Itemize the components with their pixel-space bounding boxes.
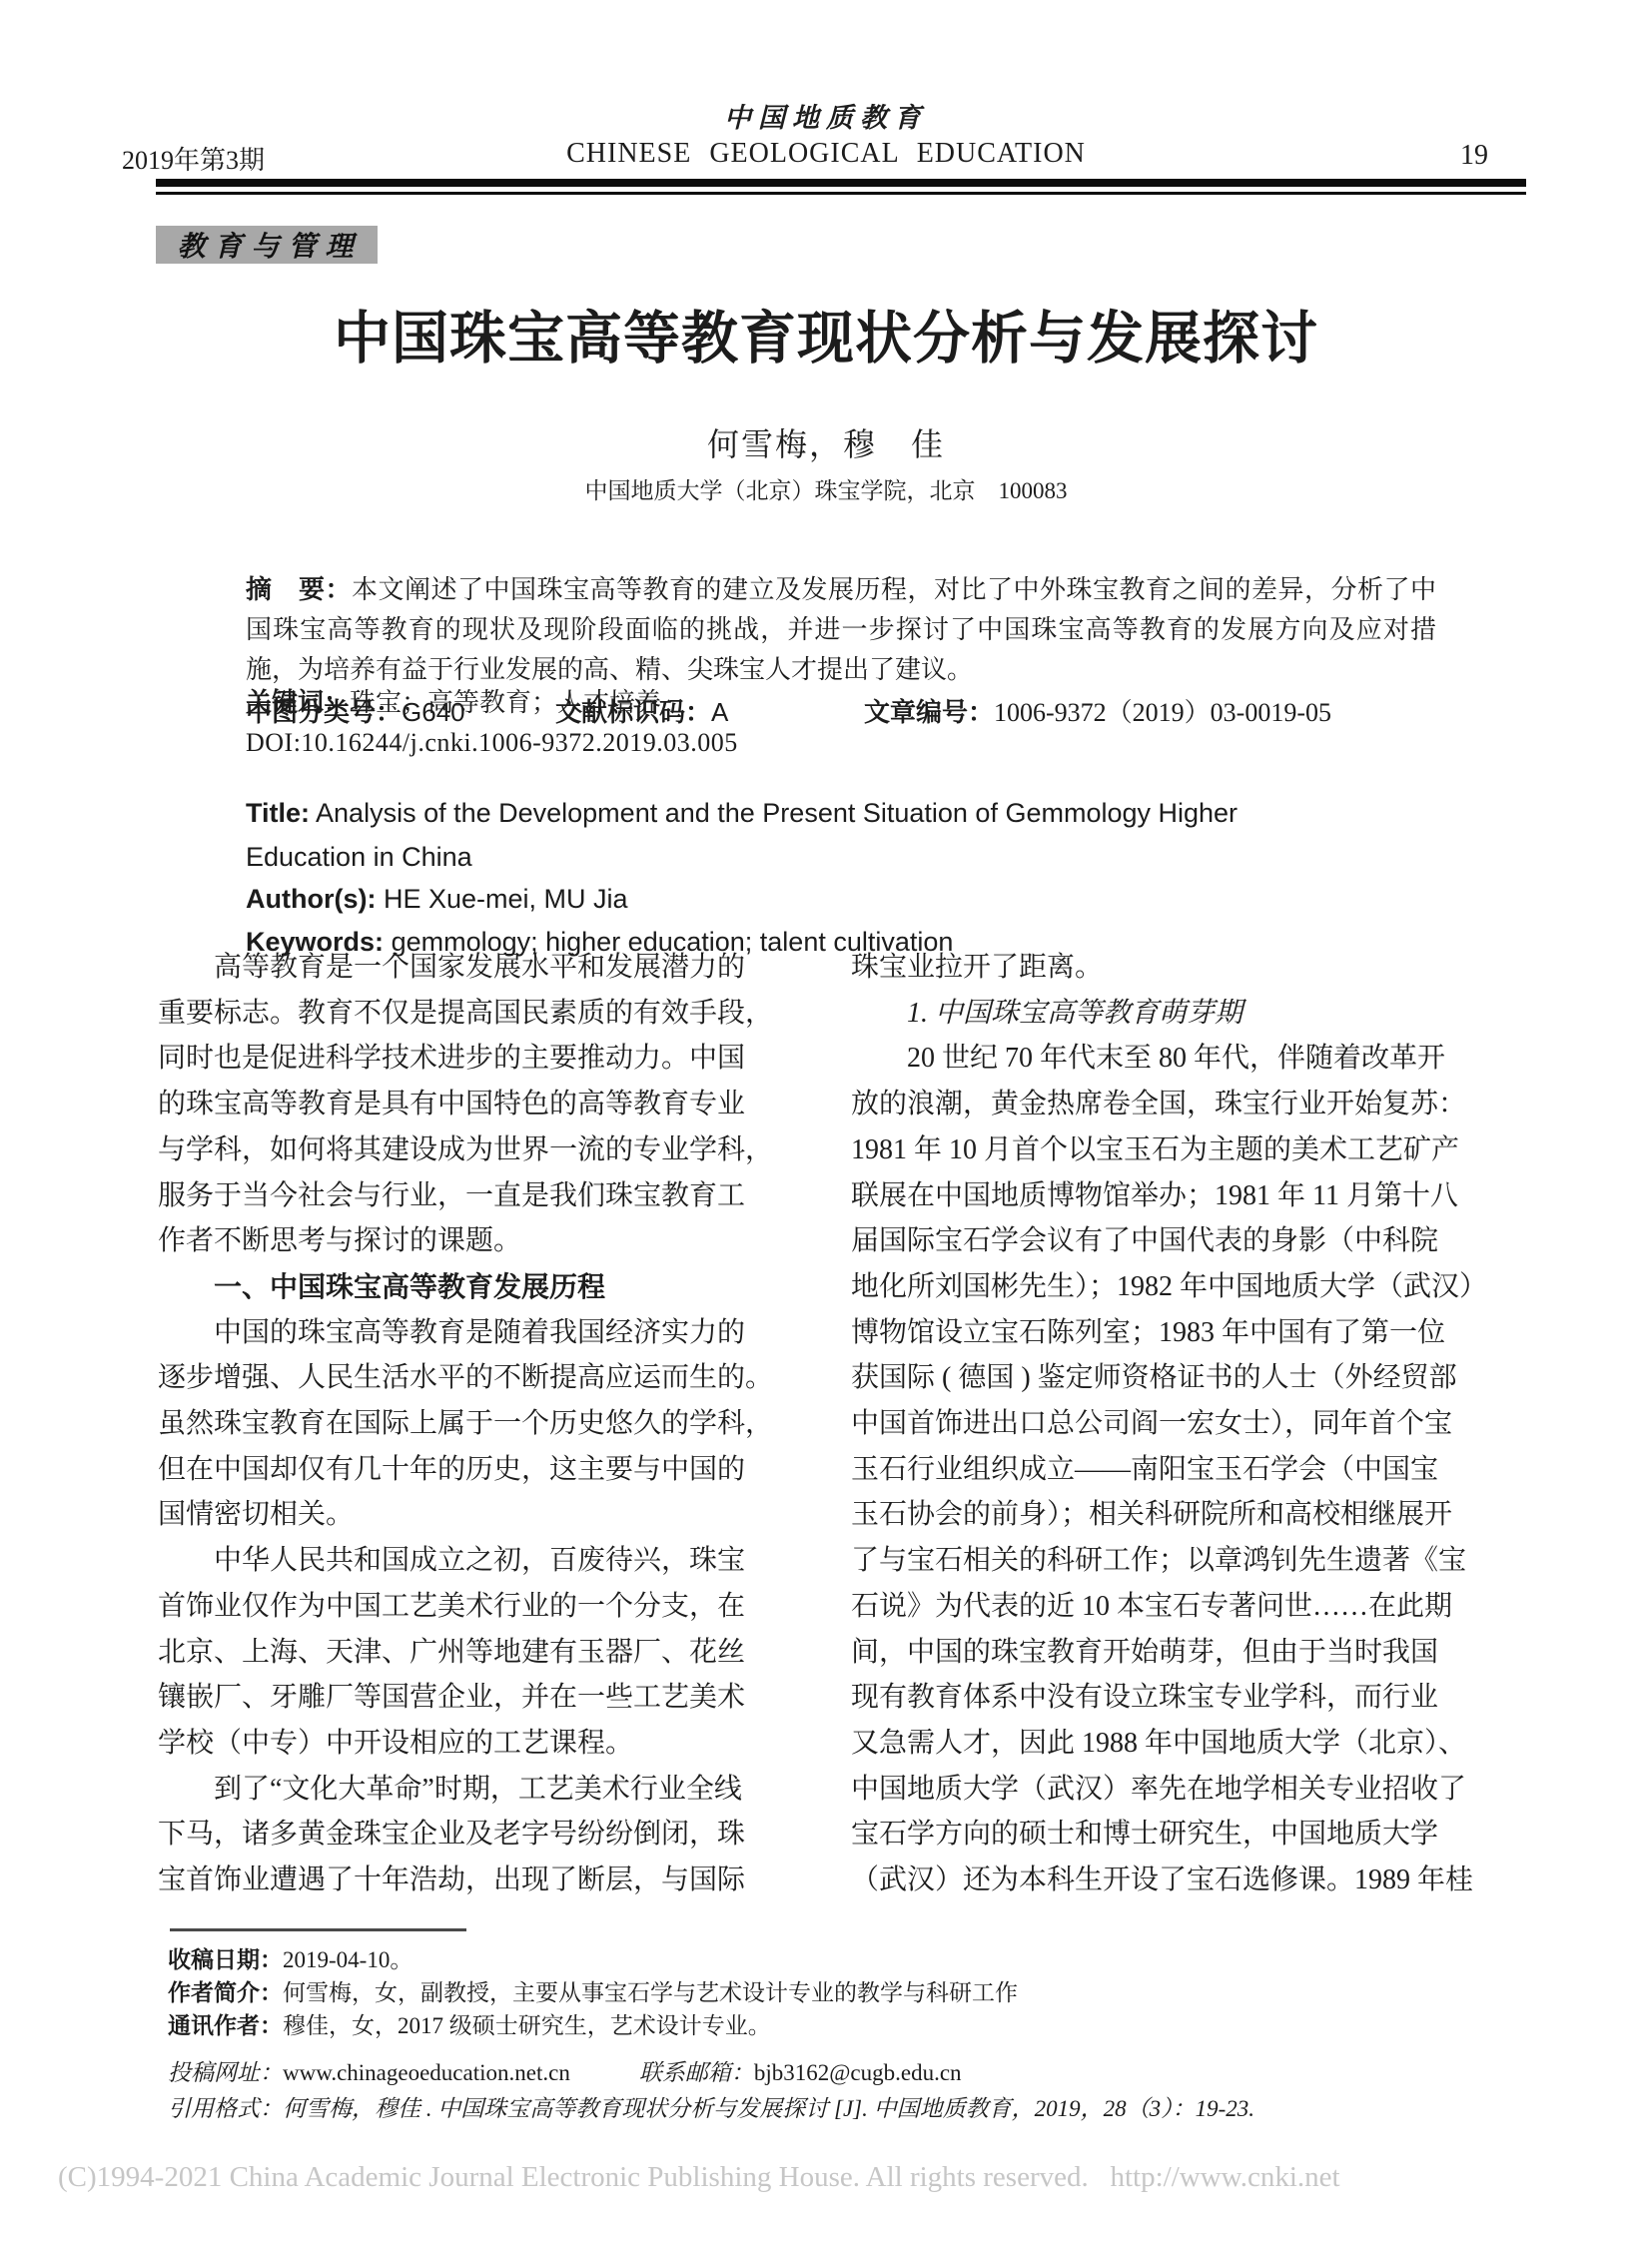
copyright-watermark: (C)1994-2021 China Academic Journal Elec… [58, 2161, 1340, 2194]
footnote-rule [170, 1928, 466, 1931]
authors-en-text: HE Xue-mei, MU Jia [384, 884, 628, 914]
section-badge: 教育与管理 [156, 226, 378, 264]
title-en-label: Title: [246, 798, 310, 828]
page-number: 19 [1428, 140, 1488, 172]
body-paragraph: 中华人民共和国成立之初，百废待兴，珠宝 首饰业仅作为中国工艺美术行业的一个分支，… [158, 1538, 817, 1767]
doc-code-pair: 文献标识码：A [555, 692, 728, 729]
article-title: 中国珠宝高等教育现状分析与发展探讨 [0, 293, 1652, 374]
submission-site-label: 投稿网址： [168, 2060, 283, 2085]
body-paragraph: 高等教育是一个国家发展水平和发展潜力的 重要标志。教育不仅是提高国民素质的有效手… [158, 945, 817, 1264]
subsection-heading: 1. 中国珠宝高等教育萌芽期 [851, 991, 1510, 1037]
footnote-block-2: 投稿网址：www.chinageoeducation.net.cn联系邮箱：bj… [168, 2055, 1506, 2127]
received-date-row: 收稿日期：2019-04-10。 [168, 1943, 1506, 1976]
article-authors: 何雪梅，穆 佳 [0, 419, 1652, 465]
received-date-label: 收稿日期： [168, 1946, 283, 1972]
header-rule-thick [156, 179, 1526, 187]
journal-title-cn: 中国地质教育 [0, 96, 1652, 135]
body-column-left: 高等教育是一个国家发展水平和发展潜力的 重要标志。教育不仅是提高国民素质的有效手… [158, 945, 817, 1903]
clc-pair: 中图分类号：G640 [246, 692, 465, 729]
article-id-value: 1006-9372（2019）03-0019-05 [994, 698, 1331, 727]
author-bio-row: 作者简介：何雪梅，女，副教授，主要从事宝石学与艺术设计专业的教学与科研工作 [168, 1976, 1506, 2009]
citation-text: 何雪梅，穆佳 . 中国珠宝高等教育现状分析与发展探讨 [J]. 中国地质教育，2… [283, 2096, 1254, 2121]
contact-email-label: 联系邮箱： [639, 2060, 754, 2085]
title-en-text: Analysis of the Development and the Pres… [246, 798, 1238, 872]
received-date-text: 2019-04-10。 [283, 1947, 413, 1972]
header-rule-thin [156, 192, 1526, 195]
journal-page: 中国地质教育 2019年第3期 CHINESE GEOLOGICAL EDUCA… [0, 0, 1652, 2241]
corresponding-author-text: 穆佳，女，2017 级硕士研究生，艺术设计专业。 [283, 2013, 771, 2038]
abstract-text: 本文阐述了中国珠宝高等教育的建立及发展历程，对比了中外珠宝教育之间的差异，分析了… [246, 575, 1436, 684]
corresponding-author-row: 通讯作者：穆佳，女，2017 级硕士研究生，艺术设计专业。 [168, 2009, 1506, 2042]
section-heading: 一、中国珠宝高等教育发展历程 [158, 1264, 817, 1310]
body-paragraph: 珠宝业拉开了距离。 [851, 945, 1510, 991]
submission-site-url: www.chinageoeducation.net.cn [283, 2060, 570, 2085]
journal-title-en: CHINESE GEOLOGICAL EDUCATION [0, 138, 1652, 170]
classification-row: 中图分类号：G640 文献标识码：A 文章编号：1006-9372（2019）0… [246, 692, 1436, 726]
section-badge-label: 教育与管理 [177, 225, 362, 265]
author-bio-text: 何雪梅，女，副教授，主要从事宝石学与艺术设计专业的教学与科研工作 [283, 1980, 1018, 2005]
article-id-pair: 文章编号：1006-9372（2019）03-0019-05 [864, 692, 1331, 729]
article-id-label: 文章编号： [864, 697, 994, 727]
clc-value: G640 [402, 697, 465, 727]
body-column-right: 珠宝业拉开了距离。 1. 中国珠宝高等教育萌芽期 20 世纪 70 年代末至 8… [851, 945, 1510, 1903]
corresponding-author-label: 通讯作者： [168, 2012, 283, 2038]
doi: DOI:10.16244/j.cnki.1006-9372.2019.03.00… [246, 728, 1436, 758]
authors-en: Author(s): HE Xue-mei, MU Jia [246, 877, 1436, 921]
contact-email-value: bjb3162@cugb.edu.cn [754, 2060, 962, 2085]
body-paragraph: 中国的珠宝高等教育是随着我国经济实力的 逐步增强、人民生活水平的不断提高应运而生… [158, 1310, 817, 1539]
citation-label: 引用格式： [168, 2096, 283, 2121]
article-affiliation: 中国地质大学（北京）珠宝学院，北京 100083 [0, 472, 1652, 505]
title-en: Title: Analysis of the Development and t… [246, 791, 1436, 879]
abstract: 摘 要：本文阐述了中国珠宝高等教育的建立及发展历程，对比了中外珠宝教育之间的差异… [246, 569, 1436, 690]
footnote-block-1: 收稿日期：2019-04-10。 作者简介：何雪梅，女，副教授，主要从事宝石学与… [168, 1943, 1506, 2042]
citation-row: 引用格式：何雪梅，穆佳 . 中国珠宝高等教育现状分析与发展探讨 [J]. 中国地… [168, 2091, 1506, 2127]
doc-code-label: 文献标识码： [555, 697, 711, 727]
clc-label: 中图分类号： [246, 697, 402, 727]
authors-en-label: Author(s): [246, 884, 376, 914]
submission-contact-row: 投稿网址：www.chinageoeducation.net.cn联系邮箱：bj… [168, 2055, 1506, 2091]
body-paragraph: 到了“文化大革命”时期，工艺美术行业全线 下马，诸多黄金珠宝企业及老字号纷纷倒闭… [158, 1767, 817, 1903]
abstract-label: 摘 要： [246, 574, 352, 604]
doc-code-value: A [711, 697, 728, 727]
author-bio-label: 作者简介： [168, 1979, 283, 2005]
body-paragraph: 20 世纪 70 年代末至 80 年代，伴随着改革开 放的浪潮，黄金热席卷全国，… [851, 1036, 1510, 1902]
